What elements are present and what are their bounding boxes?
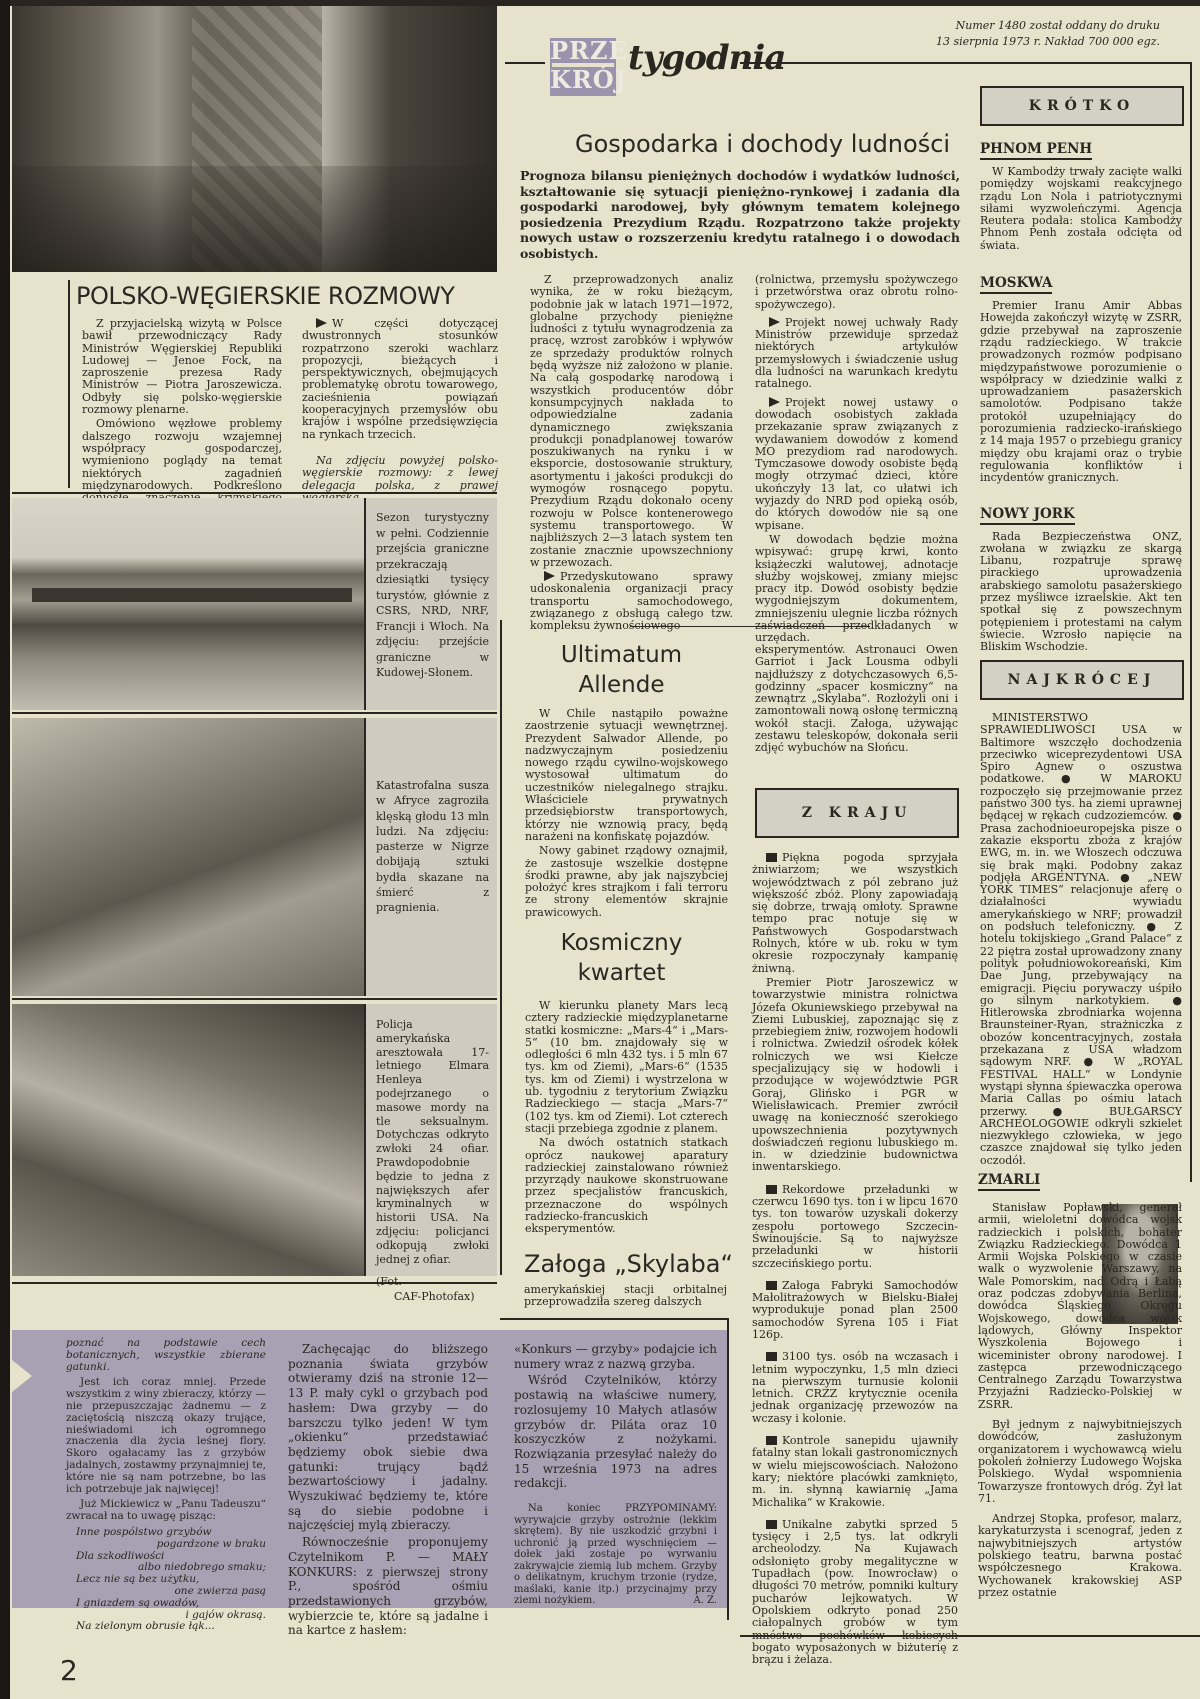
- rule-under-tourism: [12, 712, 497, 714]
- z-kraju-item: Załoga Fabryki Samochodów Małolitrażowyc…: [752, 1280, 958, 1341]
- z-kraju-item-text: Piękna pogoda sprzyjała żniwiarzom; we w…: [752, 851, 958, 975]
- z-kraju-header: Z KRAJU: [755, 788, 959, 838]
- photo-credit-line2: CAF-Photofax): [376, 1291, 489, 1303]
- krotko-sections: PHNOM PENH W Kambodży trwały zacięte wal…: [980, 138, 1182, 654]
- photo-polish-hungarian-talks: [12, 6, 497, 272]
- photo-border-crossing: [12, 498, 364, 710]
- mushroom-col3-p2: Wśród Czytelników, którzy postawią na wł…: [514, 1373, 717, 1491]
- square-bullet-icon: [766, 1352, 777, 1361]
- krotko-text: Rada Bezpieczeństwa ONZ, zwołana w związ…: [980, 531, 1182, 654]
- page-binding-edge: [0, 0, 10, 1699]
- kosmiczny-title-line1: Kosmiczny: [520, 928, 723, 958]
- city-heading: PHNOM PENH: [980, 141, 1092, 160]
- logo-bottom-text: KRÓJ: [550, 67, 616, 92]
- skylab-continued: eksperymentów. Astronauci Owen Garriot i…: [755, 644, 958, 755]
- krotko-text: Premier Iranu Amir Abbas Howejda zakończ…: [980, 300, 1182, 484]
- ph-col2-p1: W części dotyczącej dwustronnych stosunk…: [302, 318, 498, 441]
- kosmiczny-p1: W kierunku planety Mars lecą cztery radz…: [525, 1000, 728, 1135]
- lead-article-col1: Z przeprowadzonych analiz wynika, że w r…: [530, 274, 733, 633]
- mushroom-reminder-text: Na koniec PRZYPOMINAMY: wyrywajcie grzyb…: [514, 1503, 717, 1606]
- krotko-section-phnom-penh: PHNOM PENH W Kambodży trwały zacięte wal…: [980, 138, 1182, 252]
- mushroom-col2-p1: Zachęcając do bliższego poznania świata …: [288, 1342, 488, 1533]
- mushroom-col2: Zachęcając do bliższego poznania świata …: [288, 1342, 488, 1638]
- rule-under-ph: [12, 492, 497, 494]
- kosmiczny-title-line2: kwartet: [520, 958, 723, 988]
- print-info-line2: 13 sierpnia 1973 r. Nakład 700 000 egz.: [890, 34, 1160, 50]
- square-bullet-icon: [766, 1281, 777, 1290]
- allende-title-line1: Ultimatum: [520, 640, 723, 670]
- mushroom-col1-intro: poznać na podstawie cech botanicznych, w…: [66, 1338, 266, 1373]
- caption-drought-text: Katastrofalna susza w Afryce zagroziła k…: [376, 778, 489, 916]
- lead-col1-p1: Z przeprowadzonych analiz wynika, że w r…: [530, 274, 733, 569]
- polish-hungarian-col2: W części dotyczącej dwustronnych stosunk…: [302, 318, 498, 504]
- z-kraju-list: Piękna pogoda sprzyjała żniwiarzom; we w…: [752, 852, 958, 1666]
- allende-body: W Chile nastąpiło poważne zaostrzenie sy…: [525, 708, 728, 919]
- lead-col2-p3-text: Projekt nowej ustawy o dowodach osobisty…: [755, 396, 958, 532]
- square-bullet-icon: [766, 1520, 777, 1529]
- z-kraju-item: Kontrole sanepidu ujawniły fatalny stan …: [752, 1435, 958, 1509]
- z-kraju-item: Piękna pogoda sprzyjała żniwiarzom; we w…: [752, 852, 958, 975]
- z-kraju-item-text: Unikalne zabytki sprzed 5 tysięcy i 2,5 …: [752, 1518, 958, 1666]
- print-info: Numer 1480 został oddany do druku 13 sie…: [890, 18, 1160, 50]
- z-kraju-item: 3100 tys. osób na wczasach i letnim wypo…: [752, 1351, 958, 1425]
- krotko-header: KRÓTKO: [980, 86, 1184, 126]
- mickiewicz-poem: Inne pospólstwo grzybów pogardzone w bra…: [66, 1527, 266, 1633]
- rule-under-police: [12, 1282, 497, 1284]
- lead-col2-p2: Projekt nowej uchwały Rady Ministrów prz…: [755, 317, 958, 391]
- z-kraju-item: Unikalne zabytki sprzed 5 tysięcy i 2,5 …: [752, 1519, 958, 1667]
- square-bullet-icon: [766, 1436, 777, 1445]
- zmarli-stopka: Andrzej Stopka, profesor, malarz, karyka…: [978, 1513, 1182, 1599]
- triangle-bullet-icon: [769, 397, 780, 407]
- z-kraju-item-text: Kontrole sanepidu ujawniły fatalny stan …: [752, 1434, 958, 1508]
- poem-line: Na zielonym obrusie łąk...: [66, 1621, 266, 1633]
- kosmiczny-title: Kosmiczny kwartet: [520, 928, 723, 988]
- przekroj-logo: PRZE KRÓJ: [550, 38, 616, 96]
- mushroom-box-arrow-icon: [12, 1360, 32, 1392]
- allende-title: Ultimatum Allende: [520, 640, 723, 700]
- z-kraju-item-text: 3100 tys. osób na wczasach i letnim wypo…: [752, 1350, 958, 1424]
- section-title: tygodnia: [628, 38, 785, 78]
- mushroom-col3-p1: «Konkurs — grzyby» podajcie ich numery w…: [514, 1342, 717, 1371]
- mushroom-col1-p1: Jest ich coraz mniej. Przede wszystkim z…: [66, 1377, 266, 1495]
- caption-police-text: Policja amerykańska aresztowała 17-letni…: [376, 1018, 489, 1266]
- z-kraju-item: Rekordowe przeładunki w czerwcu 1690 tys…: [752, 1184, 958, 1270]
- masthead-rule-right: [740, 62, 1190, 64]
- square-bullet-icon: [766, 1185, 777, 1194]
- author-signature: A. Z.: [679, 1595, 717, 1607]
- lead-article-lede: Prognoza bilansu pieniężnych dochodów i …: [520, 168, 960, 261]
- photo-police-excavation: [12, 1004, 364, 1276]
- zmarli-poplawski: Stanisław Popławski, generał armii, wiel…: [978, 1202, 1182, 1411]
- mushroom-col1: poznać na podstawie cech botanicznych, w…: [66, 1338, 266, 1633]
- kosmiczny-body: W kierunku planety Mars lecą cztery radz…: [525, 1000, 728, 1236]
- caption-tourism-text: Sezon turystyczny w pełni. Codziennie pr…: [376, 510, 489, 681]
- lead-col1-p2: Przedyskutowano sprawy udoskonalenia org…: [530, 571, 733, 632]
- triangle-bullet-icon: [544, 571, 555, 581]
- allende-p2: Nowy gabinet rządowy oznajmił, że zastos…: [525, 845, 728, 919]
- caption-drought: Katastrofalna susza w Afryce zagroziła k…: [364, 718, 497, 996]
- ph-col1-p1: Z przyjacielską wizytą w Polsce bawił pr…: [82, 318, 282, 416]
- najkrocej-text: MINISTERSTWO SPRAWIEDLIWOŚCI USA w Balti…: [980, 712, 1182, 1167]
- middle-left-rule: [500, 620, 502, 1275]
- z-kraju-item: Premier Piotr Jaroszewicz w towarzystwie…: [752, 977, 958, 1174]
- zmarli-poplawski-p2: Był jednym z najwybitniejszych dowódców,…: [978, 1419, 1182, 1505]
- masthead-rule-left: [505, 62, 545, 64]
- city-heading: NOWY JORK: [980, 506, 1075, 525]
- poem-line: Inne pospólstwo grzybów: [66, 1527, 266, 1539]
- lead-end-rule: [630, 626, 870, 627]
- article-left-rule: [68, 280, 70, 488]
- mushroom-col1-p2: Już Mickiewicz w „Panu Tadeuszu“ zwracał…: [66, 1499, 266, 1523]
- krotko-section-moskwa: MOSKWA Premier Iranu Amir Abbas Howejda …: [980, 272, 1182, 484]
- print-info-line1: Numer 1480 został oddany do druku: [890, 18, 1160, 34]
- poem-line: I gniazdem są owadów,: [66, 1598, 266, 1610]
- triangle-bullet-icon: [769, 317, 780, 327]
- lead-col2-p3: Projekt nowej ustawy o dowodach osobisty…: [755, 397, 958, 532]
- triangle-bullet-icon: [316, 318, 327, 328]
- rule-under-drought: [12, 998, 497, 1000]
- krotko-section-nowy-jork: NOWY JORK Rada Bezpieczeństwa ONZ, zwoła…: [980, 503, 1182, 654]
- mushroom-col3-p3: Na koniec PRZYPOMINAMY: wyrywajcie grzyb…: [514, 1503, 717, 1607]
- lead-col2-p2-text: Projekt nowej uchwały Rady Ministrów prz…: [755, 316, 958, 390]
- krotko-text: W Kambodży trwały zacięte walki pomiędzy…: [980, 166, 1182, 252]
- z-kraju-item-text: Załoga Fabryki Samochodów Małolitrażowyc…: [752, 1279, 958, 1341]
- lead-article-col2: (rolnictwa, przemysłu spożywczego i prze…: [755, 274, 958, 645]
- skylab-title: Załoga „Skylaba“: [524, 1250, 733, 1278]
- caption-tourism: Sezon turystyczny w pełni. Codziennie pr…: [364, 498, 497, 710]
- square-bullet-icon: [766, 853, 777, 862]
- mushroom-col2-p2: Równocześnie proponujemy Czytelnikom P. …: [288, 1535, 488, 1638]
- poem-line: one zwierza pasą: [66, 1586, 266, 1598]
- lead-col2-p1: (rolnictwa, przemysłu spożywczego i prze…: [755, 274, 958, 311]
- ph-photo-caption: Na zdjęciu powyżej polsko-węgierskie roz…: [302, 455, 498, 504]
- poem-line: pogardzone w braku: [66, 1539, 266, 1551]
- polish-hungarian-title: POLSKO-WĘGIERSKIE ROZMOWY: [76, 282, 454, 310]
- zmarli-text: Stanisław Popławski, generał armii, wiel…: [978, 1202, 1182, 1599]
- z-kraju-item-text: Rekordowe przeładunki w czerwcu 1690 tys…: [752, 1183, 958, 1270]
- najkrocej-header: NAJKRÓCEJ: [980, 660, 1184, 700]
- mushroom-box-top-rule: [500, 1318, 729, 1320]
- bottom-right-rule: [740, 1635, 1200, 1637]
- lead-col2-p4: W dowodach będzie można wpisywać: grupę …: [755, 534, 958, 645]
- zmarli-header: ZMARLI: [978, 1172, 1040, 1191]
- polish-hungarian-col1: Z przyjacielską wizytą w Polsce bawił pr…: [82, 318, 282, 517]
- mushroom-col3: «Konkurs — grzyby» podajcie ich numery w…: [514, 1342, 717, 1607]
- ph-col2-p1-text: W części dotyczącej dwustronnych stosunk…: [302, 317, 498, 441]
- photo-africa-drought: [12, 718, 364, 996]
- allende-p1: W Chile nastąpiło poważne zaostrzenie sy…: [525, 708, 728, 843]
- krotko-right-rule: [1190, 62, 1192, 1182]
- city-heading: MOSKWA: [980, 275, 1052, 294]
- mushroom-box-right-rule: [727, 1318, 729, 1620]
- kosmiczny-p2: Na dwóch ostatnich statkach oprócz nauko…: [525, 1137, 728, 1235]
- allende-title-line2: Allende: [520, 670, 723, 700]
- page-number: 2: [60, 1654, 78, 1687]
- lead-col1-p2-text: Przedyskutowano sprawy udoskonalenia org…: [530, 570, 733, 632]
- lead-article-title: Gospodarka i dochody ludności: [575, 130, 950, 158]
- logo-top-text: PRZE: [550, 38, 616, 63]
- caption-police: Policja amerykańska aresztowała 17-letni…: [364, 1004, 497, 1276]
- skylab-p1: amerykańskiej stacji orbitalnej przeprow…: [524, 1284, 727, 1309]
